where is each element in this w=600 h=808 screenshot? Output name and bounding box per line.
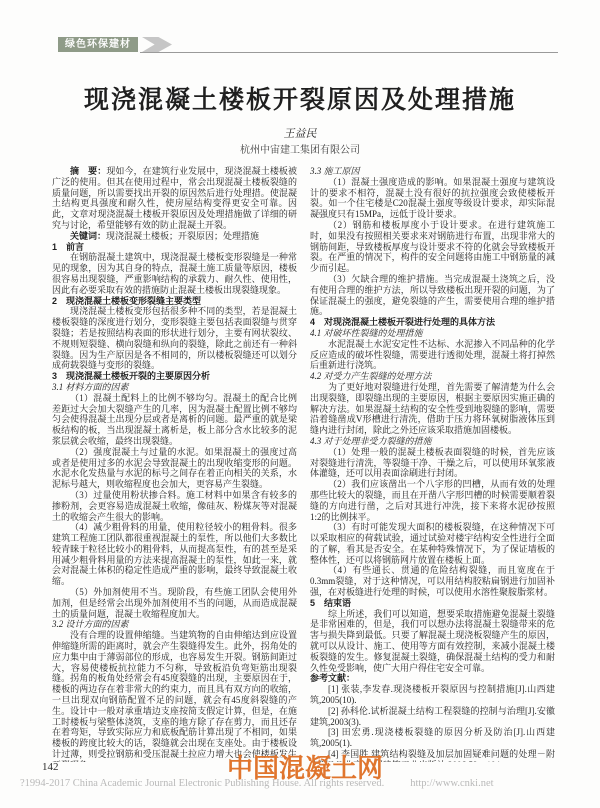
paragraph: （3）有时可能发现大面积的楼板裂缝，在这种情况下可以采取相应的荷载试验，通过试验…: [310, 522, 555, 565]
paragraph: （2）我们应该凿出一个八字形的凹槽，从而有效的处理那些比较大的裂缝，而且在开凿八…: [310, 479, 555, 522]
paragraph: （1）混凝土强度造成的影响。如果混凝土强度与建筑设计的要求不相符，混凝土没有很好…: [310, 177, 555, 220]
article-body: 摘 要：现如今，在建筑行业发展中，现浇混凝土楼板被广泛的使用。但其在使用过程中，…: [52, 166, 556, 762]
header-rule: [140, 52, 558, 53]
paragraph: [3] 田宏勇.现浇楼板裂缝的原因分析及防治[J].山西建筑,2005(1).: [310, 727, 555, 749]
page-title: 现浇混凝土楼板开裂原因及处理措施: [0, 80, 600, 116]
tag-arrow-icon: [142, 37, 172, 52]
subsection-heading: 4.1 对破坏性裂缝的处理措施: [310, 328, 555, 339]
subsection-heading: 4.3 对于处理非受力裂缝的措施: [310, 436, 555, 447]
paragraph: 在钢筋混凝土建筑中，现浇混凝土楼板变形裂缝是一种常见的现象，因为其自身的特点，混…: [52, 252, 297, 295]
page-number: 142: [42, 761, 59, 773]
paragraph: 为了更好地对裂缝进行处理，首先需要了解清楚为什么会出现裂缝，即裂缝出现的主要原因…: [310, 382, 555, 436]
section-heading: 2 现浇混凝土楼板变形裂缝主要类型: [52, 296, 297, 307]
section-heading: 4 对现浇混凝土楼板开裂进行处理的具体方法: [310, 317, 555, 328]
section-heading: 3 现浇混凝土楼板开裂的主要原因分析: [52, 371, 297, 382]
paragraph: （4）有些通长、贯通的危险结构裂缝，而且宽度在于0.3mm裂缝，对于这种情况，可…: [310, 565, 555, 597]
paragraph: （1）处理一般的混凝土楼板表面裂缝的时候，首先应该对裂缝进行清洗，等裂缝干净、干…: [310, 447, 555, 479]
paragraph: 没有合理的设置伸缩缝。当建筑物的自由伸缩达到应设置伸缩缝所需的距离时，就会产生裂…: [52, 630, 297, 762]
subsection-heading: 3.3 施工原因: [310, 166, 555, 177]
paragraph: 摘 要：现如今，在建筑行业发展中，现浇混凝土楼板被广泛的使用。但其在使用过程中，…: [52, 166, 297, 231]
paragraph: 综上所述，我们可以知道，想要采取措施避免混凝土裂缝是非常困难的，但是，我们可以想…: [310, 609, 555, 674]
paragraph: （3）过量使用粉状掺合料。施工材料中如果含有较多的掺粉剂，会更容易造成混凝土收缩…: [52, 490, 297, 522]
section-heading: 5 结束语: [310, 598, 555, 609]
right-column: 3.3 施工原因（1）混凝土强度造成的影响。如果混凝土强度与建筑设计的要求不相符…: [310, 166, 555, 762]
paragraph: （2）钢筋和楼板厚度小于设计要求。在进行建筑施工时，如果没有按照相关要求来对钢筋…: [310, 220, 555, 274]
field-label: 摘 要：: [70, 166, 106, 176]
subsection-heading: 3.2 设计方面的因素: [52, 619, 297, 630]
paragraph: （2）强度混凝土与过量的水泥。如果混凝土的强度过高或者是使用过多的水泥会导致混凝…: [52, 447, 297, 490]
subsection-heading: 4.2 对受力产生裂缝的处理方法: [310, 371, 555, 382]
subsection-heading: 3.1 材料方面的因素: [52, 382, 297, 393]
category-tag: 绿色环保建材: [58, 37, 138, 52]
field-label: 关键词：: [70, 231, 106, 241]
paragraph: （4）减少粗骨料的用量，使用粒径较小的粗骨料。很多建筑工程施工团队都很重视混凝土…: [52, 522, 297, 587]
cnki-url: http://www.cnki.net: [410, 778, 493, 789]
journal-page: 绿色环保建材 现浇混凝土楼板开裂原因及处理措施 王益民 杭州中宙建工集团有限公司…: [0, 0, 600, 808]
paragraph: （5）外加剂使用不当。现阶段，有些施工团队会使用外加剂，但是经常会出现外加剂使用…: [52, 587, 297, 619]
author-name: 王益民: [0, 125, 600, 141]
author-affiliation: 杭州中宙建工集团有限公司: [0, 141, 600, 156]
paragraph: 关键词：现浇混凝土楼板；开裂原因；处理措施: [52, 231, 297, 242]
paragraph: 现浇混凝土楼板变形包括很多种不同的类型，若是混凝土楼板裂缝的深度进行划分，变形裂…: [52, 306, 297, 371]
left-column: 摘 要：现如今，在建筑行业发展中，现浇混凝土楼板被广泛的使用。但其在使用过程中，…: [52, 166, 297, 762]
paragraph: （1）混凝土配料上的比例不够均匀。混凝土的配合比例差距过大会加大裂缝产生的几率，…: [52, 393, 297, 447]
section-heading: 1 前言: [52, 242, 297, 253]
paragraph: [1] 张装,李发春.现浇楼板开裂原因与控制措施[J].山西建筑,2005(10…: [310, 684, 555, 706]
paragraph: 水泥混凝土水泥安定性不达标、水泥掺入不同品种的化学反应造成的破坏性裂缝，需要进行…: [310, 339, 555, 371]
site-watermark: 中国混凝土网: [227, 748, 383, 785]
paragraph: （3）欠缺合理的维护措施。当完成混凝土浇筑之后，没有使用合理的维护方法，所以导致…: [310, 274, 555, 317]
paragraph: [2] 孙科伦.试析混凝土结构工程裂缝的控制与治理[J].安徽建筑,2003(3…: [310, 706, 555, 728]
section-heading: 参考文献：: [310, 673, 555, 684]
